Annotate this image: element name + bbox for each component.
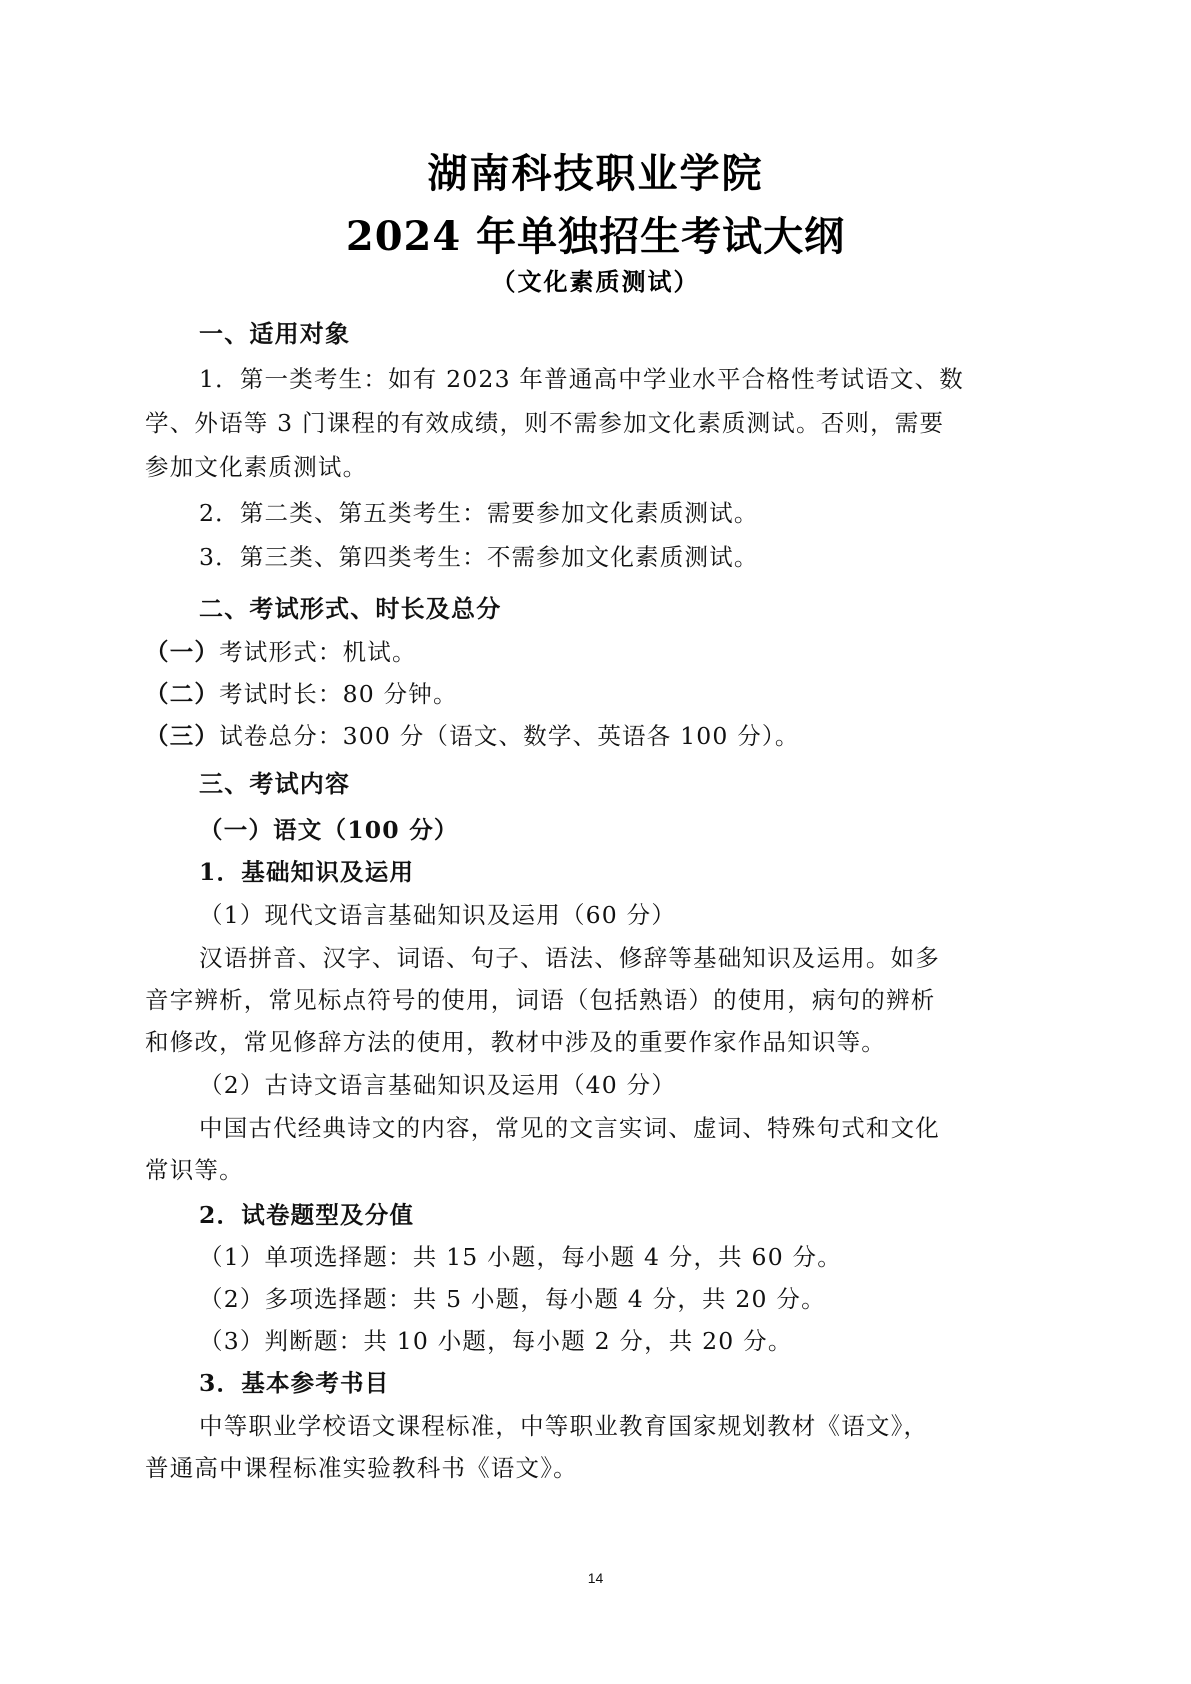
doc-title-main: 2024 年单独招生考试大纲 [0,205,1191,262]
subsection-heading: （一）语文（100 分） [199,808,1104,852]
paragraph-line: 中等职业学校语文课程标准，中等职业教育国家规划教材《语文》， [199,1404,1104,1448]
paragraph-line: 和修改，常见修辞方法的使用，教材中涉及的重要作家作品知识等。 [145,1020,1050,1064]
paragraph-line: 常识等。 [145,1148,1050,1192]
list-label: （三） [145,722,219,750]
paragraph-line: 汉语拼音、汉字、词语、句子、语法、修辞等基础知识及运用。如多 [199,936,1104,980]
item-heading: （1）现代文语言基础知识及运用（60 分） [199,893,1104,937]
list-item: （三）试卷总分：300 分（语文、数学、英语各 100 分）。 [145,714,1050,758]
list-text: 考试形式：机试。 [219,638,417,666]
section-heading-3: 三、考试内容 [199,762,1104,806]
list-item: （一）考试形式：机试。 [145,630,1050,674]
paragraph-line: 普通高中课程标准实验教科书《语文》。 [145,1446,1050,1490]
item-heading: （2）古诗文语言基础知识及运用（40 分） [199,1063,1104,1107]
list-text: 试卷总分：300 分（语文、数学、英语各 100 分）。 [219,722,799,750]
paragraph-line: 中国古代经典诗文的内容，常见的文言实词、虚词、特殊句式和文化 [199,1106,1104,1150]
paragraph-line: （3）判断题：共 10 小题，每小题 2 分，共 20 分。 [199,1319,1104,1363]
part-heading: 2．试卷题型及分值 [199,1193,1104,1237]
paragraph-line: （2）多项选择题：共 5 小题，每小题 4 分，共 20 分。 [199,1277,1104,1321]
part-heading: 1．基础知识及运用 [199,850,1104,894]
paragraph-line: 参加文化素质测试。 [145,445,1050,489]
list-label: （二） [145,680,219,708]
paragraph-line: 3．第三类、第四类考生：不需参加文化素质测试。 [199,535,1104,579]
doc-subtitle: （文化素质测试） [0,262,1191,297]
section-heading-2: 二、考试形式、时长及总分 [199,587,1104,631]
list-label: （一） [145,638,219,666]
paragraph-line: 音字辨析，常见标点符号的使用，词语（包括熟语）的使用，病句的辨析 [145,978,1050,1022]
list-item: （二）考试时长：80 分钟。 [145,672,1050,716]
list-text: 考试时长：80 分钟。 [219,680,458,708]
paragraph-line: 学、外语等 3 门课程的有效成绩，则不需参加文化素质测试。否则，需要 [145,401,1050,445]
page-number: 14 [0,1570,1191,1586]
paragraph-line: 1．第一类考生：如有 2023 年普通高中学业水平合格性考试语文、数 [199,357,1104,401]
section-heading-1: 一、适用对象 [199,312,1104,356]
part-heading: 3．基本参考书目 [199,1361,1104,1405]
doc-title-institution: 湖南科技职业学院 [0,142,1191,199]
document-page: 湖南科技职业学院 2024 年单独招生考试大纲 （文化素质测试） 一、适用对象 … [0,0,1191,1684]
paragraph-line: 2．第二类、第五类考生：需要参加文化素质测试。 [199,491,1104,535]
paragraph-line: （1）单项选择题：共 15 小题，每小题 4 分，共 60 分。 [199,1235,1104,1279]
